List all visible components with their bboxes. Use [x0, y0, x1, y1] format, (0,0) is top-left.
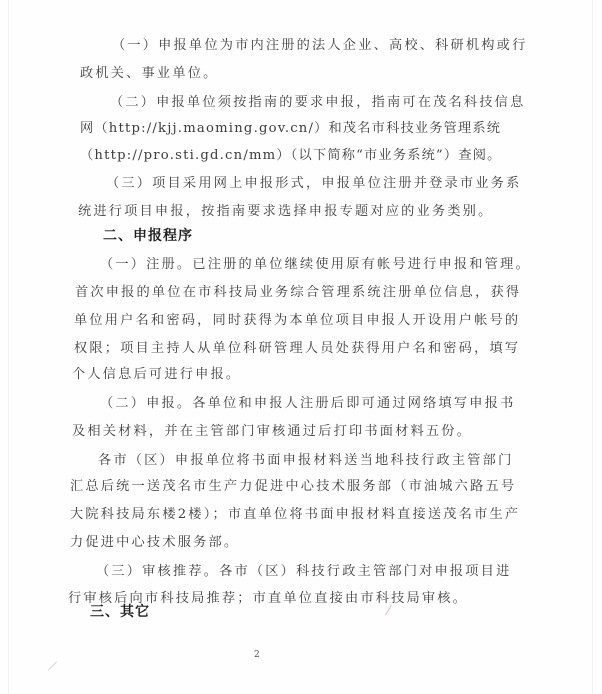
paragraph-1-line-2: 政机关、事业单位。: [80, 65, 219, 83]
procedure-registration-line-3: 单位用户名和密码，同时获得为本单位项目申报人开设用户帐号的: [74, 312, 520, 330]
paragraph-1-line-1: （一）申报单位为市内注册的法人企业、高校、科研机构或行: [112, 37, 527, 55]
procedure-application-line-2: 及相关材料，并在主管部门审核通过后打印书面材料五份。: [72, 423, 472, 441]
scan-edge-right: [592, 0, 593, 694]
page-number: 2: [254, 650, 260, 660]
section-heading-application-procedure: 二、申报程序: [103, 227, 193, 245]
section-heading-other: 三、其它: [90, 603, 150, 621]
procedure-registration-line-2: 首次申报的单位在市科技局业务综合管理系统注册单位信息，获得: [75, 284, 521, 302]
scan-mark: [48, 661, 57, 670]
procedure-application-line-1: （二）申报。各单位和申报人注册后即可通过网络填写申报书: [100, 395, 515, 413]
paragraph-2-line-3: （http://pro.sti.gd.cn/mm）（以下简称“市业务系统”）查阅…: [80, 147, 501, 165]
scan-edge-left: [8, 0, 9, 694]
procedure-submission-line-1: 各市（区）申报单位将书面申报材料送当地科技行政主管部门: [98, 452, 513, 470]
paragraph-2-line-1: （二）申报单位须按指南的要求申报，指南可在茂名科技信息: [110, 94, 525, 112]
procedure-submission-line-3: 大院科技局东楼2楼）；市直单位将书面申报材料直接送茂名市生产: [70, 506, 520, 524]
paragraph-3-line-1: （三）项目采用网上申报形式，申报单位注册并登录市业务系: [106, 175, 521, 193]
procedure-submission-line-4: 力促进中心技术服务部。: [70, 534, 239, 552]
procedure-review-line-1: （三）审核推荐。各市（区）科技行政主管部门对申报项目进: [96, 563, 511, 581]
paragraph-3-line-2: 统进行项目申报，按指南要求选择申报专题对应的业务类别。: [78, 203, 493, 221]
procedure-submission-line-2: 汇总后统一送茂名市生产力促进中心技术服务部（市油城六路五号: [70, 478, 516, 496]
procedure-registration-line-1: （一）注册。已注册的单位继续使用原有帐号进行申报和管理。: [100, 256, 531, 274]
procedure-registration-line-4: 权限；项目主持人从单位科研管理人员处获得用户名和密码，填写: [74, 340, 520, 358]
paragraph-2-line-2: 网（http://kjj.maoming.gov.cn/）和茂名市科技业务管理系…: [80, 120, 501, 138]
procedure-registration-line-5: 个人信息后可进行申报。: [72, 366, 241, 384]
document-page: （一）申报单位为市内注册的法人企业、高校、科研机构或行 政机关、事业单位。 （二…: [0, 0, 602, 694]
